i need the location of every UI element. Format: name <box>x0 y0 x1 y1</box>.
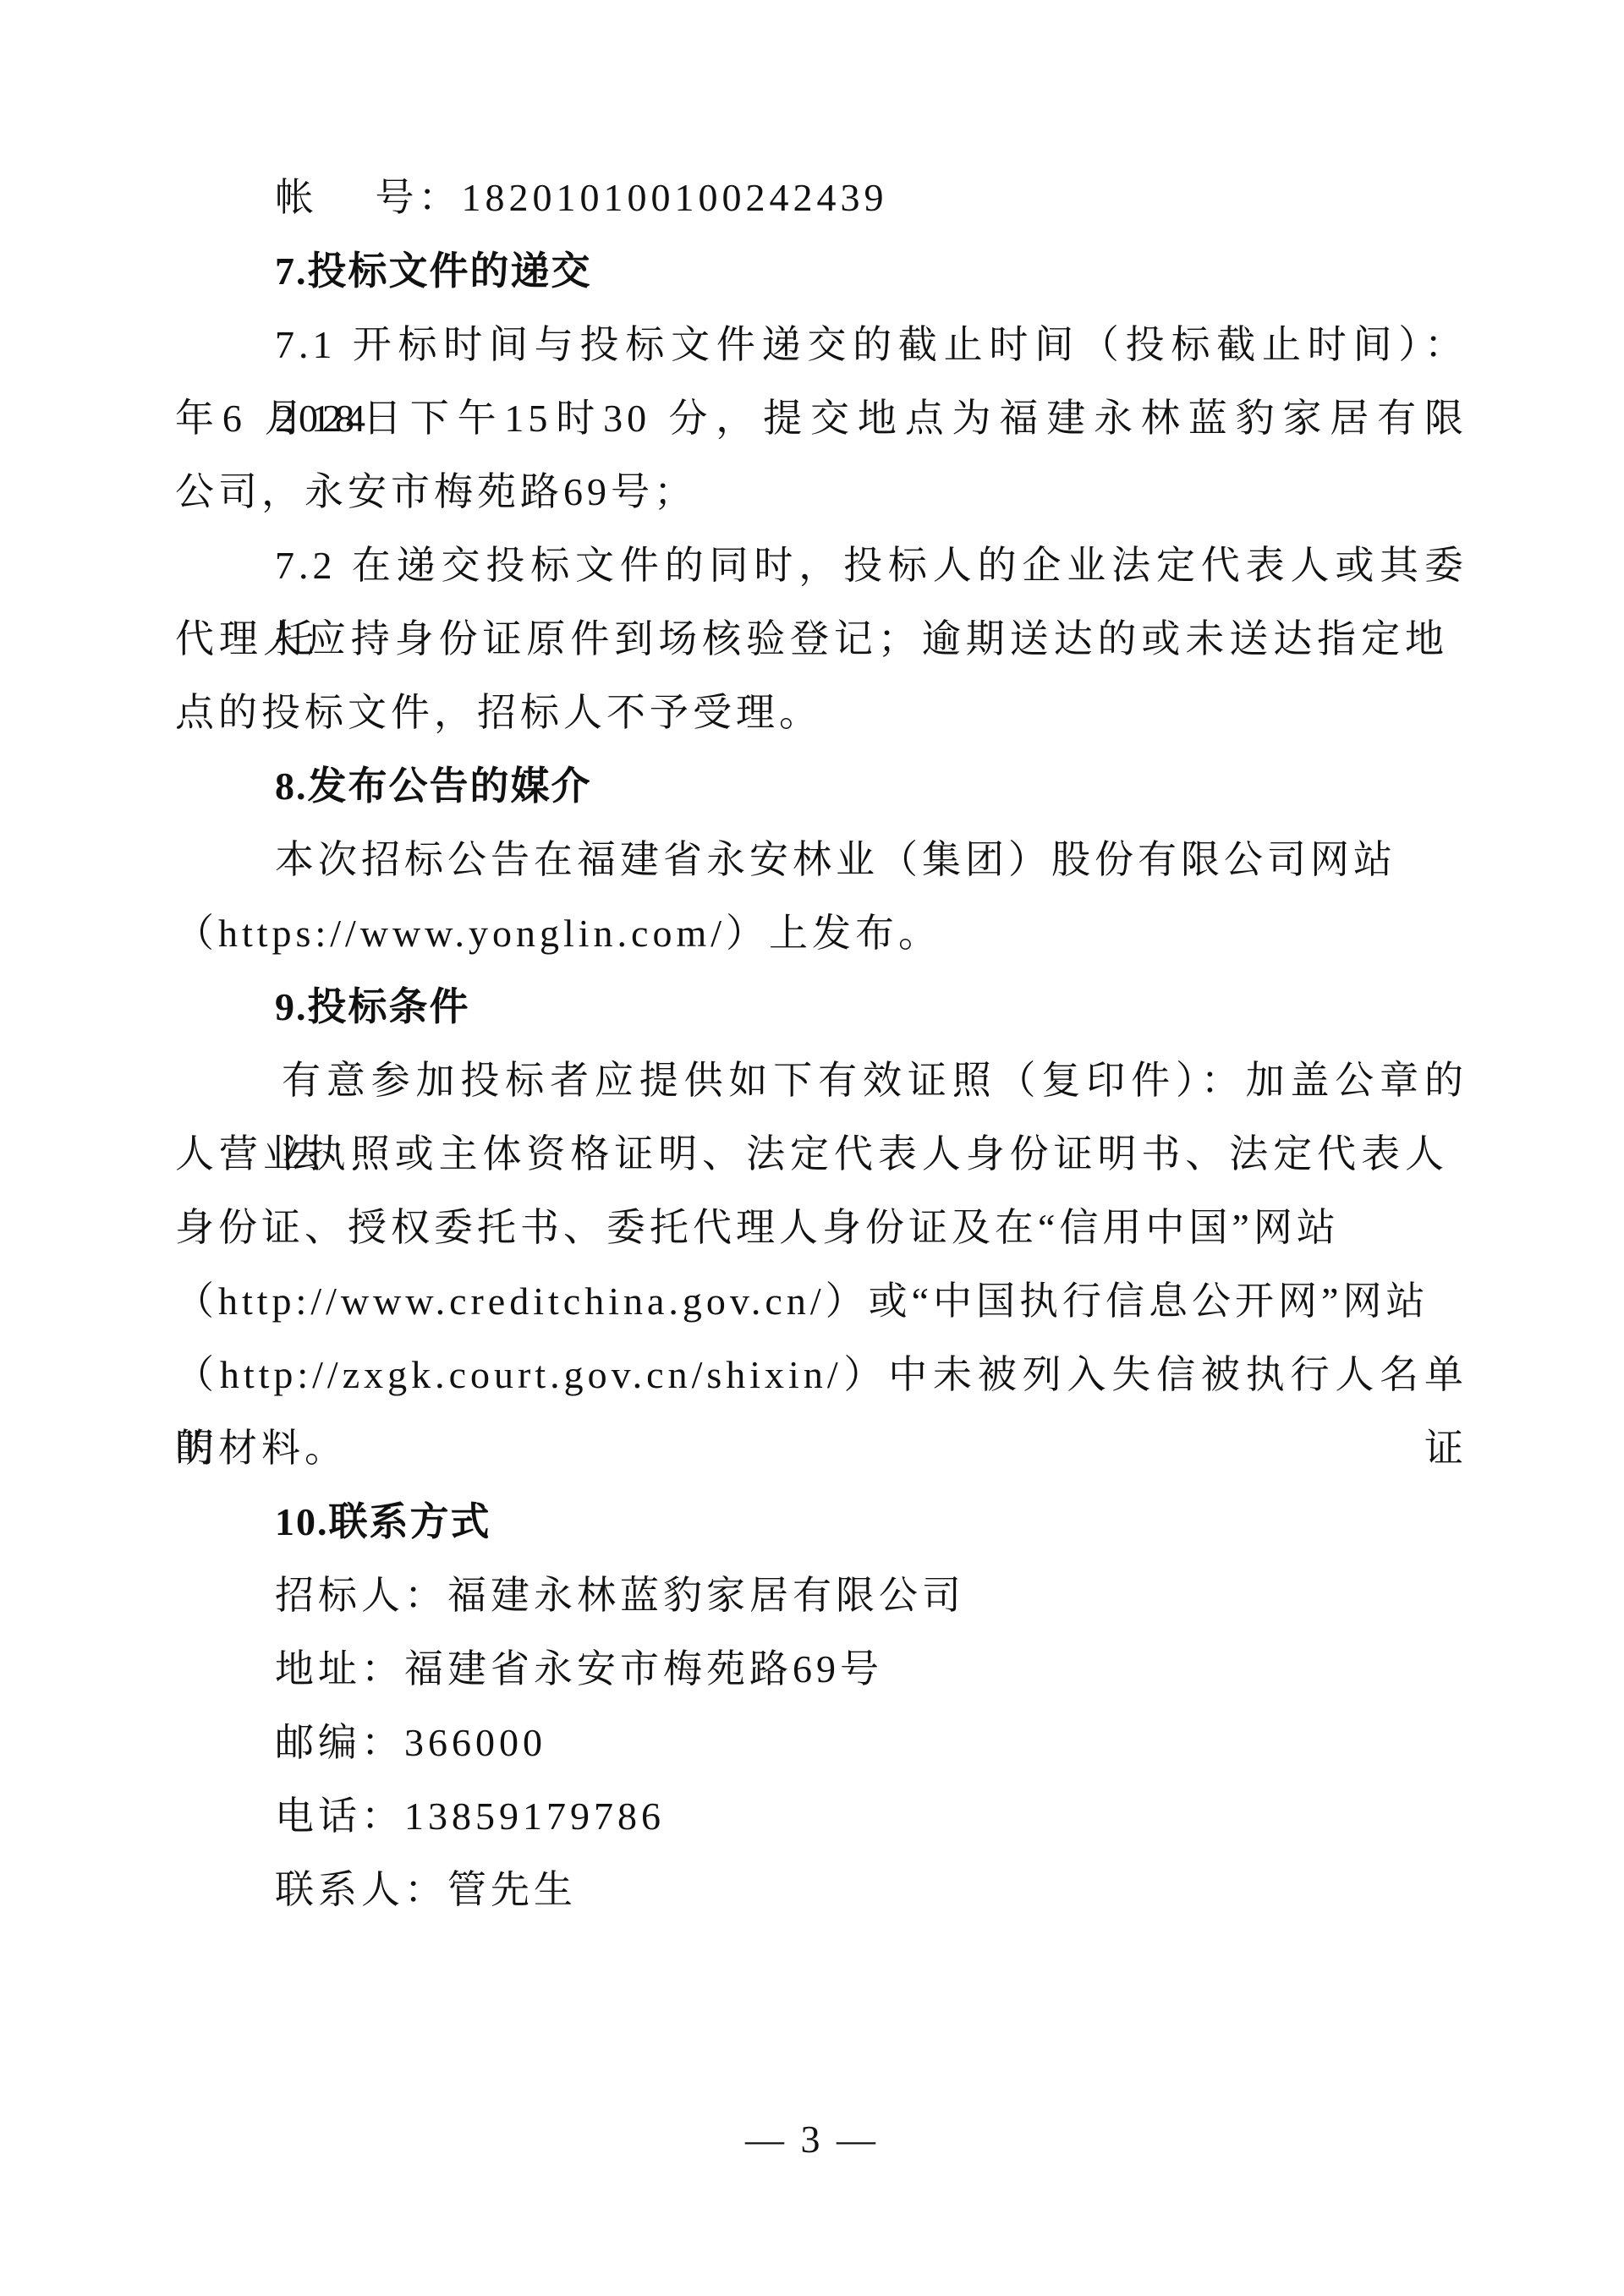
contact-address: 地址：福建省永安市梅苑路69号 <box>175 1632 1468 1706</box>
contact-label: 联系人： <box>275 1868 447 1911</box>
account-label: 帐 号： <box>275 176 462 219</box>
section-7-2-line: 7.2 在递交投标文件的同时，投标人的企业法定代表人或其委托 <box>175 529 1468 602</box>
contact-value: 管先生 <box>447 1868 577 1911</box>
section-8-heading: 8.发布公告的媒介 <box>175 749 1468 823</box>
contact-label: 邮编： <box>275 1721 404 1764</box>
section-7-1-line: 公司，永安市梅苑路69号； <box>175 455 1468 529</box>
section-7-1-line: 年6 月18日下午15时30 分，提交地点为福建永林蓝豹家居有限 <box>175 381 1468 455</box>
section-9-line: 人营业执照或主体资格证明、法定代表人身份证明书、法定代表人 <box>175 1117 1448 1191</box>
section-7-1-line: 7.1 开标时间与投标文件递交的截止时间（投标截止时间）：2024 <box>175 308 1468 381</box>
contact-person: 联系人：管先生 <box>175 1853 1468 1926</box>
contact-value: 福建省永安市梅苑路69号 <box>404 1647 883 1690</box>
section-10-heading: 10.联系方式 <box>175 1485 1468 1559</box>
document-body: 帐 号：182010100100242439 7.投标文件的递交 7.1 开标时… <box>175 161 1468 1926</box>
section-9-line: 有意参加投标者应提供如下有效证照（复印件）：加盖公章的法 <box>175 1044 1468 1117</box>
account-value: 182010100100242439 <box>462 176 888 219</box>
section-8-url-line: （https://www.yonglin.com/）上发布。 <box>175 896 1468 970</box>
contact-label: 电话： <box>275 1795 404 1838</box>
contact-postcode: 邮编：366000 <box>175 1706 1468 1779</box>
section-7-heading: 7.投标文件的递交 <box>175 234 1468 308</box>
section-7-2-line: 点的投标文件，招标人不予受理。 <box>175 676 1468 749</box>
contact-phone: 电话：13859179786 <box>175 1779 1468 1853</box>
section-9-line: 身份证、授权委托书、委托代理人身份证及在“信用中国”网站 <box>175 1191 1468 1264</box>
section-9-creditchina-line: （http://www.creditchina.gov.cn/）或“中国执行信息… <box>175 1264 1468 1338</box>
contact-label: 招标人： <box>275 1574 447 1617</box>
contact-value: 13859179786 <box>404 1795 665 1838</box>
contact-tenderer: 招标人：福建永林蓝豹家居有限公司 <box>175 1559 1468 1632</box>
section-8-line: 本次招标公告在福建省永安林业（集团）股份有限公司网站 <box>175 823 1468 896</box>
account-number-line: 帐 号：182010100100242439 <box>175 161 1468 234</box>
section-9-zxgk-line: （http://zxgk.court.gov.cn/shixin/）中未被列入失… <box>175 1338 1468 1411</box>
page-number: — 3 — <box>0 2114 1624 2165</box>
document-page: 帐 号：182010100100242439 7.投标文件的递交 7.1 开标时… <box>0 0 1624 2296</box>
section-7-2-line: 代理人应持身份证原件到场核验登记；逾期送达的或未送达指定地 <box>175 602 1448 676</box>
section-9-heading: 9.投标条件 <box>175 970 1468 1044</box>
contact-value: 福建永林蓝豹家居有限公司 <box>447 1574 965 1617</box>
contact-value: 366000 <box>404 1721 546 1764</box>
contact-label: 地址： <box>275 1647 404 1690</box>
